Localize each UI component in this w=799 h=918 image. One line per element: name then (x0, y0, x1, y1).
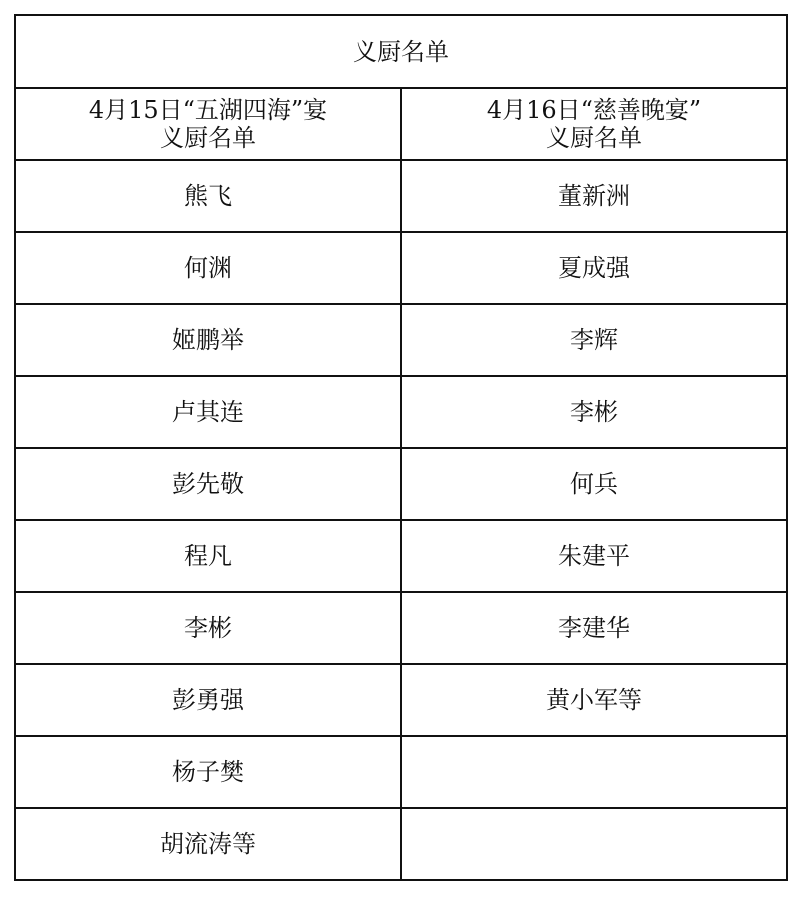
table-row: 卢其连 李彬 (15, 376, 787, 448)
name-cell: 李建华 (401, 592, 787, 664)
name-cell: 姬鹏举 (15, 304, 401, 376)
table-row: 姬鹏举 李辉 (15, 304, 787, 376)
name-cell: 胡流涛等 (15, 808, 401, 880)
table-row: 胡流涛等 (15, 808, 787, 880)
column-header-row: 4月15日“五湖四海”宴 义厨名单 4月16日“慈善晚宴” 义厨名单 (15, 88, 787, 160)
name-cell: 彭先敬 (15, 448, 401, 520)
column-header-line2: 义厨名单 (16, 124, 400, 152)
table-row: 程凡 朱建平 (15, 520, 787, 592)
table-row: 何渊 夏成强 (15, 232, 787, 304)
table-row: 杨子樊 (15, 736, 787, 808)
name-cell: 夏成强 (401, 232, 787, 304)
name-cell: 彭勇强 (15, 664, 401, 736)
name-cell: 杨子樊 (15, 736, 401, 808)
name-cell: 何兵 (401, 448, 787, 520)
name-cell: 董新洲 (401, 160, 787, 232)
name-cell: 李彬 (401, 376, 787, 448)
name-cell: 李彬 (15, 592, 401, 664)
empty-cell (401, 736, 787, 808)
name-cell: 何渊 (15, 232, 401, 304)
column-header-april-16: 4月16日“慈善晚宴” 义厨名单 (401, 88, 787, 160)
table-title-row: 义厨名单 (15, 15, 787, 88)
table-row: 彭勇强 黄小军等 (15, 664, 787, 736)
name-cell: 程凡 (15, 520, 401, 592)
name-cell: 卢其连 (15, 376, 401, 448)
column-header-line1: 4月15日“五湖四海”宴 (16, 96, 400, 124)
name-cell: 熊飞 (15, 160, 401, 232)
table-row: 彭先敬 何兵 (15, 448, 787, 520)
volunteer-chef-table: 义厨名单 4月15日“五湖四海”宴 义厨名单 4月16日“慈善晚宴” 义厨名单 … (14, 14, 788, 881)
empty-cell (401, 808, 787, 880)
column-header-line1: 4月16日“慈善晚宴” (402, 96, 786, 124)
name-cell: 黄小军等 (401, 664, 787, 736)
column-header-line2: 义厨名单 (402, 124, 786, 152)
table-row: 熊飞 董新洲 (15, 160, 787, 232)
name-cell: 李辉 (401, 304, 787, 376)
column-header-april-15: 4月15日“五湖四海”宴 义厨名单 (15, 88, 401, 160)
table-title: 义厨名单 (15, 15, 787, 88)
name-cell: 朱建平 (401, 520, 787, 592)
table-row: 李彬 李建华 (15, 592, 787, 664)
